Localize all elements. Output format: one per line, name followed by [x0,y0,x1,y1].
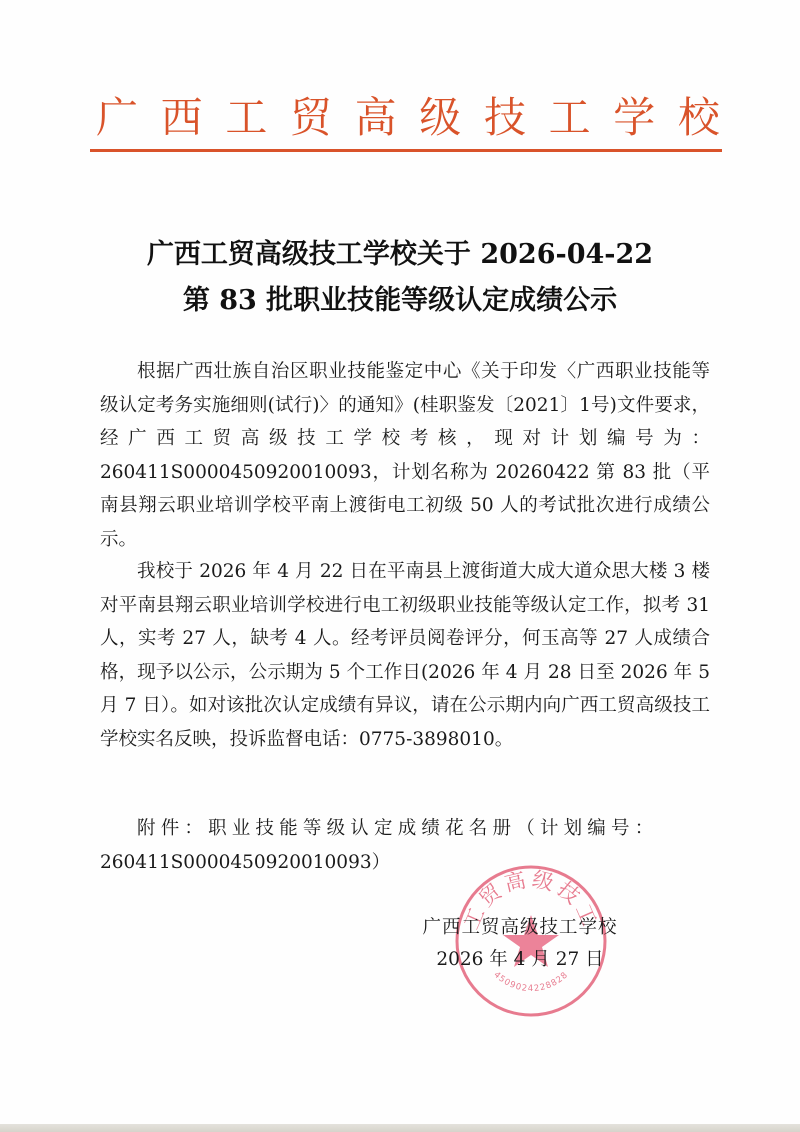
official-seal-icon: 广西工贸高级技工学校 4509024228828 [453,863,609,1019]
letterhead-char: 工 [225,92,267,144]
letterhead: 广 西 工 贸 高 级 技 工 学 校 [96,92,720,144]
scan-edge [0,1124,800,1132]
letterhead-char: 高 [355,92,397,144]
document-title-line1: 广西工贸高级技工学校关于 2026-04-22 [0,232,800,271]
letterhead-divider [90,149,722,152]
body-paragraph-1: 根据广西壮族自治区职业技能鉴定中心《关于印发〈广西职业技能等级认定考务实施细则(… [100,355,710,556]
letterhead-char: 学 [613,92,655,144]
letterhead-char: 贸 [290,92,332,144]
letterhead-char: 工 [549,92,591,144]
letterhead-char: 级 [419,92,461,144]
body-paragraph-2: 我校于 2026 年 4 月 22 日在平南县上渡街道大成大道众思大楼 3 楼对… [100,555,710,756]
signature-date: 2026 年 4 月 27 日 [390,945,650,971]
document-page: 广 西 工 贸 高 级 技 工 学 校 广西工贸高级技工学校关于 2026-04… [0,0,800,1132]
attachment-note: 附件：职业技能等级认定成绩花名册（计划编号： 260411S0000450920… [100,812,710,879]
signature-organization: 广西工贸高级技工学校 [390,913,650,939]
letterhead-char: 广 [96,92,138,144]
letterhead-char: 西 [161,92,203,144]
document-title-line2: 第 83 批职业技能等级认定成绩公示 [0,278,800,317]
letterhead-char: 校 [678,92,720,144]
attachment-line-1: 附件：职业技能等级认定成绩花名册（计划编号： [100,812,710,846]
attachment-line-2: 260411S0000450920010093） [100,852,390,873]
letterhead-char: 技 [484,92,526,144]
svg-text:4509024228828: 4509024228828 [491,970,570,994]
